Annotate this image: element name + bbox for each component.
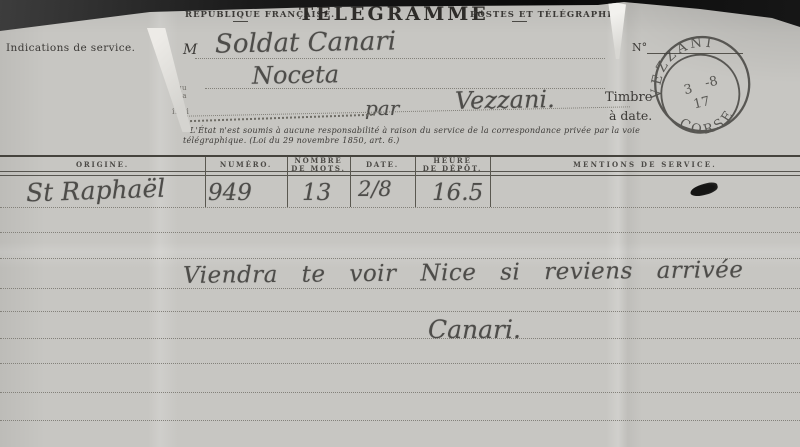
margin-fragment-2: ta — [179, 92, 187, 100]
col-header-mentions: MENTIONS DE SERVICE. — [490, 161, 800, 170]
svg-text:CORSE: CORSE — [674, 104, 742, 144]
legal-text-line1: L'État n'est soumis à aucune responsabil… — [190, 126, 640, 135]
masthead-right-rule — [512, 21, 527, 22]
rule-line — [0, 420, 800, 421]
stamp-year: 17 — [692, 94, 711, 112]
rule-line — [0, 311, 800, 312]
form-title: TÉLÉGRAMME — [299, 3, 489, 25]
message-signature: Canari. — [428, 315, 521, 344]
addressee-par: par — [365, 96, 399, 120]
col-header-heure-line2: DE DÉPÔT. — [415, 165, 490, 174]
addressee-m-label: M — [183, 42, 197, 58]
telegram-scan: RÉPUBLIQUE FRANÇAISE. TÉLÉGRAMME POSTES … — [0, 0, 800, 447]
rule-line — [0, 392, 800, 393]
address-rule-1 — [195, 58, 605, 59]
postmark-stamp: VEZZANI 3 -8 17 CORSE — [633, 18, 774, 157]
margin-fragment-3: indi — [172, 107, 189, 116]
row-heure: 16.5 — [432, 180, 483, 206]
ink-blot — [689, 181, 719, 198]
address-rule-3 — [186, 106, 630, 116]
message-text: Viendra te voir Nice si reviens arrivée — [183, 257, 744, 289]
row-mots: 13 — [302, 180, 331, 206]
masthead-right: POSTES ET TÉLÉGRAPHES. — [470, 10, 625, 20]
telegram-form: RÉPUBLIQUE FRANÇAISE. TÉLÉGRAMME POSTES … — [0, 0, 800, 447]
addressee-name: Soldat Canari — [215, 26, 397, 59]
rule-line — [0, 338, 800, 339]
table-top-rule — [0, 155, 800, 157]
row-numero: 949 — [208, 180, 252, 206]
indications-label: Indications de service. — [6, 42, 135, 54]
col-header-origine: ORIGINE. — [0, 161, 205, 170]
stamp-day: 3 — [683, 82, 694, 98]
rule-line — [0, 232, 800, 233]
stamp-region: CORSE — [674, 104, 742, 144]
masthead-left-rule — [233, 21, 248, 22]
svg-text:VEZZANI: VEZZANI — [637, 30, 727, 102]
timbre-label-line2: à date. — [609, 108, 652, 123]
rule-line — [0, 363, 800, 364]
rule-line — [0, 207, 800, 208]
margin-fragment-1: qu — [177, 84, 187, 92]
stamp-month: -8 — [704, 74, 720, 91]
addressee-locality: Noceta — [252, 60, 340, 90]
row-date: 2/8 — [358, 177, 392, 201]
legal-text-line2: télégraphique. (Loi du 29 novembre 1850,… — [183, 136, 400, 145]
col-header-date: DATE. — [350, 161, 415, 170]
stamp-town: VEZZANI — [637, 30, 727, 102]
col-header-mots-line2: DE MOTS. — [287, 165, 350, 174]
col-header-numero: NUMÉRO. — [205, 161, 287, 170]
row-origine: St Raphaël — [26, 174, 166, 208]
rule-line — [0, 288, 800, 289]
